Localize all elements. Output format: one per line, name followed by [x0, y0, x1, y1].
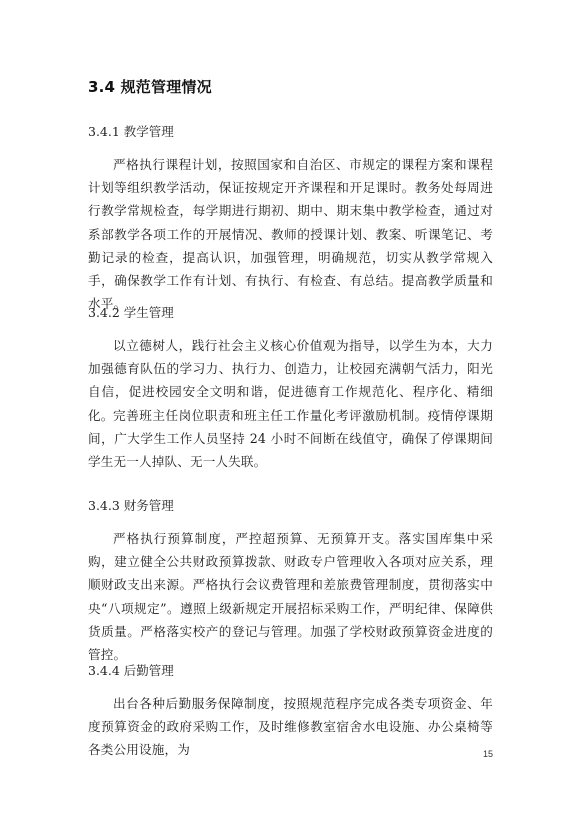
section-title: 3.4 规范管理情况: [88, 76, 212, 97]
subsection-heading-finance: 3.4.3 财务管理: [88, 496, 174, 514]
document-page: 3.4 规范管理情况 3.4.1 教学管理 严格执行课程计划，按照国家和自治区、…: [0, 0, 580, 820]
subsection-heading-logistics: 3.4.4 后勤管理: [88, 661, 174, 679]
paragraph-students-2: 完善班主任岗位职责和班主任工作量化考评激励机制。疫情停课期间，广大学生工作人员坚…: [88, 404, 493, 474]
subsection-heading-teaching: 3.4.1 教学管理: [88, 122, 174, 140]
paragraph-logistics: 出台各种后勤服务保障制度，按照规范程序完成各类专项资金、年度预算资金的政府采购工…: [88, 692, 493, 762]
subsection-heading-students: 3.4.2 学生管理: [88, 303, 174, 321]
paragraph-teaching: 严格执行课程计划，按照国家和自治区、市规定的课程方案和课程计划等组织教学活动，保…: [88, 153, 493, 315]
paragraph-finance: 严格执行预算制度，严控超预算、无预算开支。落实国库集中采购，建立健全公共财政预算…: [88, 527, 493, 666]
page-number: 15: [483, 749, 493, 759]
